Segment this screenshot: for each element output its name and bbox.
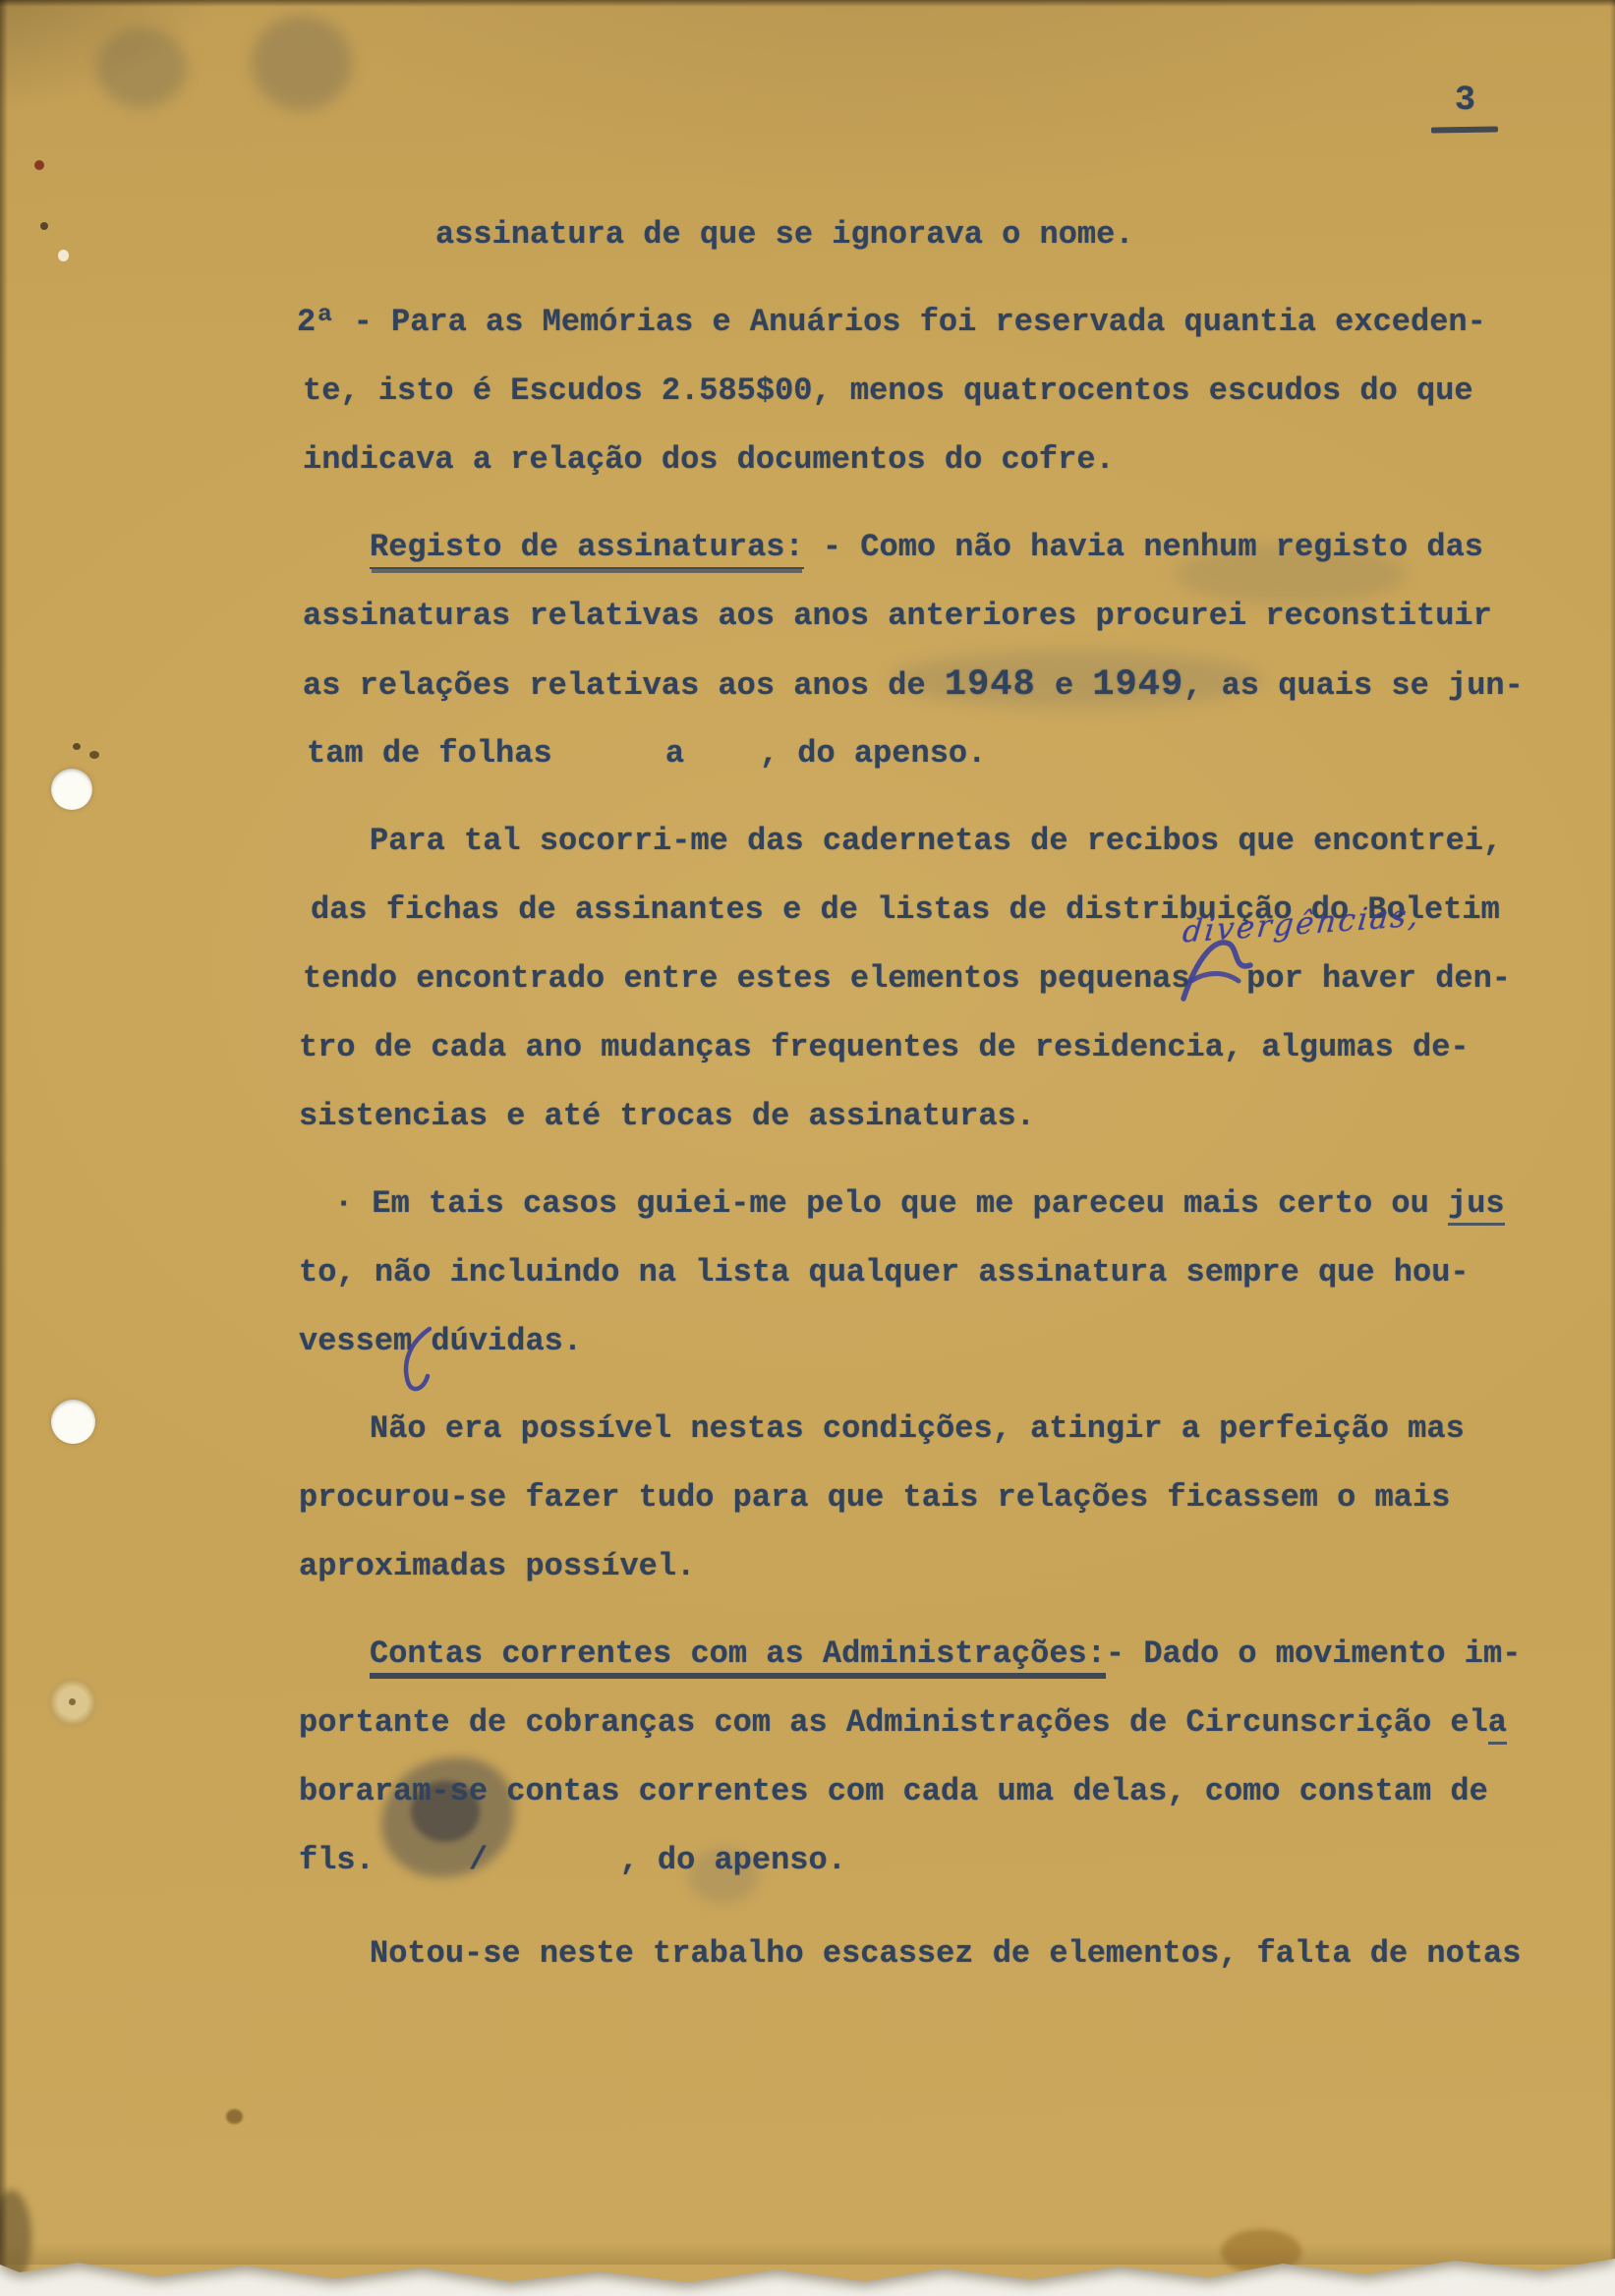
torn-bottom-edge <box>0 2243 1615 2265</box>
punch-ghost-dot <box>69 1698 76 1705</box>
section-heading-registo: Registo de assinaturas: <box>370 529 804 569</box>
speck <box>34 160 44 170</box>
text-line: assinatura de que se ignorava o nome. <box>435 215 1134 255</box>
text-line: procurou-se fazer tudo para que tais rel… <box>299 1478 1450 1518</box>
text-line: · Em tais casos guiei-me pelo que me par… <box>334 1184 1505 1224</box>
year-1949: 1949 <box>1092 664 1183 706</box>
stain <box>0 2190 31 2286</box>
page-number-underline <box>1431 126 1498 133</box>
underlined-syllable: jus <box>1448 1185 1505 1226</box>
text-line-heading: Registo de assinaturas: - Como não havia… <box>370 528 1483 567</box>
text-line: tendo encontrado entre estes elementos p… <box>303 959 1511 999</box>
text-line: te, isto é Escudos 2.585$00, menos quatr… <box>303 372 1473 411</box>
text-line: to, não incluindo na lista qualquer assi… <box>299 1253 1470 1292</box>
text-line: vessem dúvidas. <box>299 1322 582 1361</box>
page-left-edge <box>0 0 8 2296</box>
stain <box>252 16 352 110</box>
text-line: boraram-se contas correntes com cada uma… <box>299 1772 1488 1811</box>
text-line: fls. / , do apenso. <box>299 1841 846 1880</box>
underlined-syllable: a <box>1488 1704 1507 1745</box>
speck <box>40 222 48 230</box>
text-line: indicava a relação dos documentos do cof… <box>303 440 1115 480</box>
speck <box>58 250 69 261</box>
line-part: as relações relativas aos anos de <box>303 667 945 704</box>
document-page: 3 assinatura de que se ignorava o nome. … <box>0 0 1615 2296</box>
text-line: assinaturas relativas aos anos anteriore… <box>303 597 1492 636</box>
page-number: 3 <box>1455 81 1475 120</box>
line-part: · Em tais casos guiei-me pelo que me par… <box>334 1185 1448 1222</box>
text-line: tro de cada ano mudanças frequentes de r… <box>299 1028 1470 1067</box>
line-part: e <box>1036 667 1093 704</box>
text-line-heading: Contas correntes com as Administrações:-… <box>370 1635 1521 1674</box>
punch-hole <box>51 769 92 810</box>
text-line: as relações relativas aos anos de 1948 e… <box>303 665 1524 706</box>
speck <box>73 743 81 750</box>
line-part: portante de cobranças com as Administraç… <box>299 1704 1488 1741</box>
line-part: , as quais se jun- <box>1183 667 1524 704</box>
punch-hole <box>51 1400 95 1444</box>
text-line: aproximadas possível. <box>299 1547 695 1586</box>
scanned-page-wrap: 3 assinatura de que se ignorava o nome. … <box>0 0 1615 2296</box>
speck <box>89 751 99 759</box>
stain <box>96 28 187 108</box>
text-line: 2ª - Para as Memórias e Anuários foi res… <box>297 303 1486 342</box>
text-line: tam de folhas a , do apenso. <box>307 734 986 774</box>
heading-rest: - Como não havia nenhum registo das <box>804 529 1483 565</box>
text-line: Para tal socorri-me das cadernetas de re… <box>370 822 1502 861</box>
heading-rest: - Dado o movimento im- <box>1106 1636 1521 1672</box>
section-heading-contas: Contas correntes com as Administrações: <box>370 1636 1106 1679</box>
stain <box>226 2109 243 2124</box>
text-line: sistencias e até trocas de assinaturas. <box>299 1097 1035 1136</box>
text-line: portante de cobranças com as Administraç… <box>299 1703 1507 1743</box>
year-1948: 1948 <box>945 664 1036 706</box>
page-right-edge <box>1610 0 1615 2296</box>
text-line: Não era possível nestas condições, ating… <box>370 1409 1465 1449</box>
page-top-edge <box>0 0 1615 7</box>
text-line: Notou-se neste trabalho escassez de elem… <box>370 1934 1521 1974</box>
